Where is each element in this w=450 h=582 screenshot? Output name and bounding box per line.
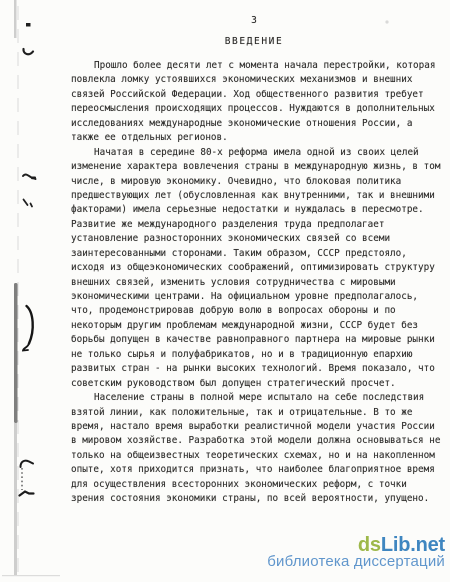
pen-mark-paren-hook [23, 344, 29, 351]
text-line: борьбы допущен в качестве равноправного … [71, 333, 445, 347]
page-number: 3 [71, 15, 437, 26]
pen-mark-tick-2 [31, 204, 33, 207]
scan-edge-smudge-top [14, 0, 17, 38]
text-line: также ее отдельных регионов. [71, 131, 445, 145]
scan-edge-smudge-dark [14, 283, 18, 423]
text-line: Развитие же международного разделения тр… [71, 218, 445, 232]
pen-mark-squiggle [23, 174, 36, 179]
dslib-subtitle: библиотека диссертаций [267, 554, 445, 569]
text-line: опыте, хотя приходится признать, что наи… [71, 463, 445, 477]
text-line: зрения состояния экономики страны, по вс… [71, 492, 445, 506]
text-line: время, настало время выработки реалистич… [71, 420, 445, 434]
text-line: Население страны в полной мере испытало … [71, 391, 445, 405]
body-text: Прошло более десяти лет с момента начала… [71, 59, 445, 507]
text-line: экономическими центрами. На официальном … [71, 290, 445, 304]
text-line: заинтересованными сторонами. Таким образ… [71, 247, 445, 261]
text-line: только на общеизвестных теоретических сх… [71, 449, 445, 463]
text-line: развитых стран - на рынки высоких технол… [71, 362, 445, 376]
text-line: предшествующих лет (обусловленная как вн… [71, 189, 445, 203]
scan-streak-bottom [2, 575, 60, 576]
text-line: взятой линии, как положительные, так и о… [71, 406, 445, 420]
text-line: исследованиях международные экономически… [71, 117, 445, 131]
text-line: Начатая в середине 80-х реформа имела од… [71, 146, 445, 160]
text-line: числе, в мировую экономику. Очевидно, чт… [71, 175, 445, 189]
text-line: не только сырья и полуфабрикатов, но и в… [71, 348, 445, 362]
dslib-watermark: dsLib.net библиотека диссертаций [267, 536, 445, 569]
text-line: что, продемонстрировав добрую волю в воп… [71, 304, 445, 318]
dslib-logo: dsLib.net [267, 536, 445, 554]
pen-mark-bracket-bottom [20, 492, 34, 496]
text-line: факторами) имела серьезные недостатки и … [71, 203, 445, 217]
text-line: для осуществления всесторонних экономиче… [71, 478, 445, 492]
pen-mark-curve [23, 49, 33, 54]
text-line: изменение характера вовлечения страны в … [71, 160, 445, 174]
pen-mark-tick-1 [24, 200, 28, 206]
pen-mark-paren [27, 306, 33, 344]
pen-mark-squiggle-end [31, 177, 36, 180]
text-line: исходя из общеэкономических соображений,… [71, 261, 445, 275]
text-line: установление разносторонних экономически… [71, 232, 445, 246]
text-line: переосмысления происходящих процессов. Н… [71, 102, 445, 116]
scan-edge-smudge-bottom [14, 423, 17, 575]
scanned-page: 3 ВВЕДЕНИЕ Прошло более десяти лет с мом… [0, 0, 450, 582]
text-line: связей Российской Федерации. Ход обществ… [71, 88, 445, 102]
text-line: Прошло более десяти лет с момента начала… [71, 59, 445, 73]
page-title: ВВЕДЕНИЕ [71, 36, 437, 47]
text-line: в мировом хозяйстве. Разработка этой мод… [71, 434, 445, 448]
text-line: повлекла ломку устоявшихся экономических… [71, 73, 445, 87]
text-line: внешних связей, изменить условия сотрудн… [71, 276, 445, 290]
text-line: некоторым другим проблемам международной… [71, 319, 445, 333]
pen-mark-dot [26, 23, 31, 27]
text-line: советским руководством был допущен страт… [71, 377, 445, 391]
pen-mark-bracket-top [21, 461, 34, 467]
